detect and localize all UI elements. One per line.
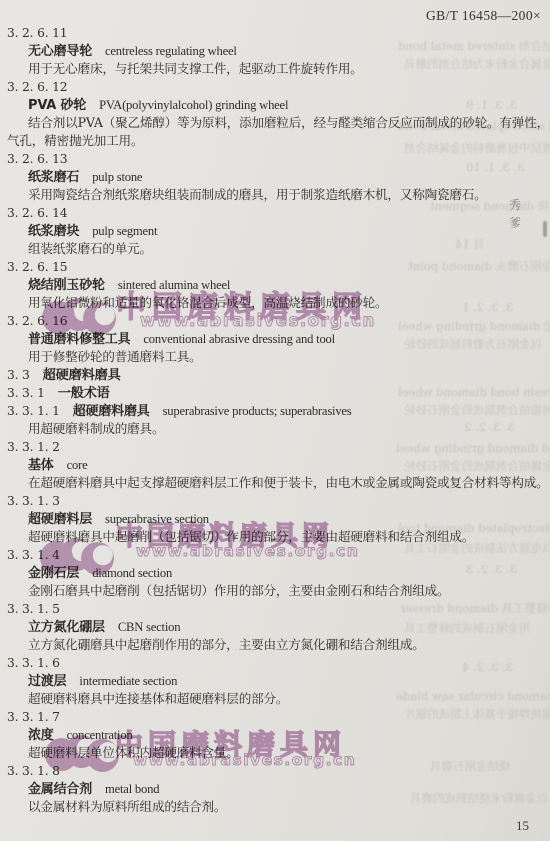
- definition-text: 气孔，精密抛光加工用。: [7, 132, 548, 150]
- section-heading: 3. 3超硬磨料磨具: [7, 366, 548, 384]
- term-en: pulp segment: [92, 224, 157, 238]
- section-number: 3. 2. 6. 15: [7, 258, 548, 276]
- definition-text: 金刚石磨具中起磨削（包括锯切）作用的部分，主要由金刚石和结合剂组成。: [7, 582, 548, 600]
- section-number: 3. 3. 1. 5: [7, 600, 548, 618]
- term-cn: 超硬磨料层: [28, 512, 92, 527]
- term-cn: 纸浆磨块: [28, 224, 79, 239]
- section-number: 3. 2. 6. 12: [7, 78, 548, 96]
- definition-text: 在超硬磨料磨具中起支撑超硬磨料层工作和便于装卡，由电木或金属或陶瓷或复合材料等构…: [7, 474, 548, 492]
- term-en: superabrasive section: [105, 512, 209, 526]
- term-en: sintered alumina wheel: [118, 278, 230, 292]
- term-cn: 金属结合剂: [28, 782, 92, 797]
- section-heading: 3. 3. 1一般术语: [7, 384, 548, 402]
- section-number: 3. 2. 6. 11: [7, 24, 548, 42]
- heading-cn: 一般术语: [58, 386, 110, 401]
- definition-text: 采用陶瓷结合剂纸浆磨块组装而制成的磨具，用于制浆造纸磨木机，又称陶瓷磨石。: [7, 186, 548, 204]
- term-line: 纸浆磨石pulp stone: [7, 168, 548, 186]
- section-number: 3. 2. 6. 14: [7, 204, 548, 222]
- term-line: 金刚石层diamond section: [7, 564, 548, 582]
- definition-text: 用于修整砂轮的普通磨料工具。: [7, 348, 548, 366]
- section-number: 3. 3. 1. 1: [7, 404, 60, 418]
- section-number: 3. 2. 6. 13: [7, 150, 548, 168]
- term-cn: 立方氮化硼层: [28, 620, 105, 635]
- definition-text: 结合剂以PVA（聚乙烯醇）等为原料，添加磨粒后，经与醛类缩合反应而制成的砂轮。有…: [7, 114, 548, 132]
- term-line: 立方氮化硼层CBN section: [7, 618, 548, 636]
- term-en: metal bond: [105, 782, 159, 796]
- heading-cn: 超硬磨料磨具: [43, 368, 121, 383]
- section-number: 3. 3. 1. 3: [7, 492, 548, 510]
- term-en: CBN section: [118, 620, 181, 634]
- terminology-list: 3. 2. 6. 11无心磨导轮centreless regulating wh…: [7, 24, 548, 816]
- term-cn: PVA 砂轮: [28, 98, 86, 113]
- term-en: pulp stone: [92, 170, 142, 184]
- definition-text: 以金属材料为原料所组成的结合剂。: [7, 798, 548, 816]
- term-cn: 过渡层: [28, 674, 66, 689]
- definition-text: 组装纸浆磨石的单元。: [7, 240, 548, 258]
- page-number: 15: [516, 818, 529, 834]
- section-number: 3. 2. 6. 16: [7, 312, 548, 330]
- section-number: 3. 3. 1. 7: [7, 708, 548, 726]
- term-en: concentration: [67, 728, 133, 742]
- term-line: 纸浆磨块pulp segment: [7, 222, 548, 240]
- term-line: 过渡层intermediate section: [7, 672, 548, 690]
- term-line: 普通磨料修整工具conventional abrasive dressing a…: [7, 330, 548, 348]
- term-cn: 无心磨导轮: [28, 44, 92, 59]
- section-number: 3. 3: [7, 368, 30, 382]
- definition-text: 超硬磨料层单位体积内超硬磨料含量。: [7, 744, 548, 762]
- term-cn: 浓度: [28, 728, 54, 743]
- term-cn: 超硬磨料磨具: [73, 404, 150, 419]
- definition-text: 超硬磨料磨具中起磨削（包括锯切）作用的部分，主要由超硬磨料和结合剂组成。: [7, 528, 548, 546]
- standard-code: GB/T 16458—200×: [426, 8, 541, 24]
- definition-text: 超硬磨料磨具中连接基体和超硬磨料层的部分。: [7, 690, 548, 708]
- term-cn: 基体: [28, 458, 54, 473]
- scanned-standard-page: GB/T 16458—200× 烧结金属结合剂 sintered metal b…: [0, 0, 550, 841]
- term-en: centreless regulating wheel: [105, 44, 237, 58]
- term-en: diamond section: [92, 566, 172, 580]
- term-line: PVA 砂轮PVA(polyvinylalcohol) grinding whe…: [7, 96, 548, 114]
- term-line: 烧结刚玉砂轮sintered alumina wheel: [7, 276, 548, 294]
- term-line: 浓度concentration: [7, 726, 548, 744]
- definition-text: 用于无心磨床，与托架共同支撑工件，起驱动工件旋转作用。: [7, 60, 548, 78]
- term-line: 基体core: [7, 456, 548, 474]
- term-en: intermediate section: [79, 674, 177, 688]
- definition-text: 用氧化铝微粉和适量的氧化铬混合后成型，高温烧结制成的砂轮。: [7, 294, 548, 312]
- term-en: conventional abrasive dressing and tool: [143, 332, 335, 346]
- term-line: 超硬磨料层superabrasive section: [7, 510, 548, 528]
- term-en: superabrasive products; superabrasives: [163, 404, 352, 418]
- term-en: core: [67, 458, 88, 472]
- definition-text: 用超硬磨料制成的磨具。: [7, 420, 548, 438]
- term-line: 金属结合剂metal bond: [7, 780, 548, 798]
- section-number: 3. 3. 1: [7, 386, 45, 400]
- term-cn: 纸浆磨石: [28, 170, 79, 185]
- term-cn: 烧结刚玉砂轮: [28, 278, 105, 293]
- section-number: 3. 3. 1. 4: [7, 546, 548, 564]
- term-line: 3. 3. 1. 1超硬磨料磨具superabrasive products; …: [7, 402, 548, 420]
- term-cn: 金刚石层: [28, 566, 79, 581]
- section-number: 3. 3. 1. 6: [7, 654, 548, 672]
- term-line: 无心磨导轮centreless regulating wheel: [7, 42, 548, 60]
- section-number: 3. 3. 1. 2: [7, 438, 548, 456]
- section-number: 3. 3. 1. 8: [7, 762, 548, 780]
- term-en: PVA(polyvinylalcohol) grinding wheel: [99, 98, 288, 112]
- definition-text: 立方氮化硼磨具中起磨削作用的部分，主要由立方氮化硼和结合剂组成。: [7, 636, 548, 654]
- term-cn: 普通磨料修整工具: [28, 332, 130, 347]
